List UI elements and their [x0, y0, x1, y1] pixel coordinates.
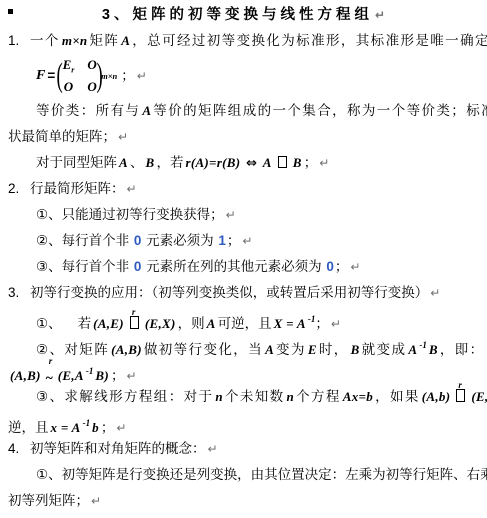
box-glyph	[130, 316, 139, 329]
text-segment: 、	[130, 155, 144, 170]
paragraph-mark: ↵	[135, 63, 147, 89]
math-segment: x = A	[49, 420, 83, 435]
text-segment: 状最简单的矩阵；	[8, 129, 116, 144]
list-number: 3.	[8, 280, 30, 306]
text-line: 逆，且x = A-1b；↵	[0, 410, 487, 436]
math-segment: b	[90, 420, 101, 435]
text-segment: 对于同型矩阵	[36, 155, 117, 170]
text-segment: 就变成	[362, 342, 407, 357]
matrix-entry: O	[87, 57, 96, 79]
iff-symbol: ⇔	[246, 156, 257, 171]
highlight-digit: 0	[133, 259, 143, 274]
text-segment: 初等列矩阵；	[8, 493, 89, 508]
math-segment: Ax=b	[341, 389, 375, 404]
math-segment: B	[349, 342, 362, 357]
formula-tail: ；	[117, 63, 135, 89]
row-equivalence-box-symbol: r	[456, 390, 465, 403]
text-segment: 若	[78, 316, 92, 331]
paragraph-mark: ↵	[348, 260, 360, 274]
text-line: 3.初等行变换的应用：（初等列变换类似，或转置后采用初等行变换）↵	[0, 280, 487, 306]
text-segment: ；	[304, 155, 318, 170]
text-line: 状最简单的矩阵；↵	[0, 124, 487, 150]
text-line: 初等列矩阵；↵	[0, 488, 487, 514]
open-paren: (	[57, 58, 63, 94]
text-line: 2.行最简形矩阵：↵	[0, 176, 487, 202]
paragraph-mark: ↵	[125, 369, 137, 383]
text-segment: 做初等行变化，当	[144, 342, 263, 357]
matrix-entry: O	[63, 79, 75, 95]
math-segment: A	[140, 103, 153, 118]
math-segment: n	[285, 389, 297, 404]
matrix: ErOOO	[63, 57, 97, 95]
text-segment: 等价的矩阵组成的一个集合，称为一个等价类；标准形为其形	[153, 103, 487, 118]
math-segment: A	[263, 342, 276, 357]
math-segment: E	[306, 342, 319, 357]
math-segment: A	[261, 155, 274, 170]
text-segment: ，总可经过初等变换化为标准形，其标准形是唯一确定的：	[132, 33, 487, 48]
paragraph-mark: ↵	[317, 156, 329, 170]
equivalence-box-symbol	[278, 156, 287, 168]
math-segment: B	[291, 155, 304, 170]
paragraph-mark: ↵	[428, 286, 440, 300]
text-segment: 逆，且	[8, 420, 49, 435]
matrix-entry-subscript: r	[71, 66, 74, 75]
math-segment: (E,x)	[469, 389, 487, 404]
matrix-size-subscript: m×n	[101, 63, 117, 89]
math-segment: A	[406, 342, 419, 357]
text-segment: 个方程	[296, 389, 341, 404]
text-segment: 元素必须为	[142, 233, 217, 248]
paragraph-mark: ↵	[373, 8, 385, 22]
math-segment: r(A)=r(B)	[183, 155, 242, 170]
text-segment: ①、	[36, 316, 62, 331]
math-segment: B	[427, 342, 440, 357]
text-segment: 元素所在列的其他元素必须为	[142, 259, 325, 274]
highlight-digit: 0	[325, 259, 335, 274]
paragraph-mark: ↵	[206, 442, 218, 456]
text-segment: 3、矩阵的初等变换与线性方程组	[102, 7, 373, 23]
text-segment: 初等行变换的应用：（初等列变换类似，或转置后采用初等行变换）	[30, 285, 428, 300]
superscript-r: r	[49, 357, 53, 366]
text-segment: 可逆，且	[218, 316, 272, 331]
math-segment: B)	[93, 368, 111, 383]
text-line: 对于同型矩阵A、B，若r(A)=r(B) ⇔ AB；↵	[0, 150, 487, 176]
text-segment: ；	[227, 233, 241, 248]
math-segment: (A,B)	[8, 368, 43, 383]
paragraph-mark: ↵	[114, 421, 126, 435]
text-line: 1.一个m×n矩阵A，总可经过初等变换化为标准形，其标准形是唯一确定的：	[0, 28, 487, 54]
math-segment: (A,B)	[109, 342, 144, 357]
text-segment: 一个	[30, 33, 60, 48]
math-segment: (E,X)	[143, 316, 178, 331]
list-number: 4.	[8, 436, 30, 462]
paragraph-mark: ↵	[224, 208, 236, 222]
document-page: 3、矩阵的初等变换与线性方程组↵1.一个m×n矩阵A，总可经过初等变换化为标准形…	[0, 0, 487, 518]
text-segment: 初等矩阵和对角矩阵的概念：	[30, 441, 206, 456]
math-segment: A	[205, 316, 218, 331]
text-segment: ；	[111, 368, 125, 383]
highlight-digit: 0	[133, 233, 143, 248]
text-segment: ，则	[178, 316, 205, 331]
math-segment: n	[213, 389, 225, 404]
page-title: 3、矩阵的初等变换与线性方程组↵	[0, 0, 487, 28]
text-segment: 行最简形矩阵：	[30, 181, 125, 196]
box-glyph	[456, 389, 465, 402]
paragraph-mark: ↵	[125, 182, 137, 196]
matrix-entry: O	[87, 79, 96, 95]
text-segment: ②、对矩阵	[36, 342, 109, 357]
text-segment: 时，	[319, 342, 349, 357]
text-line: ③、求解线形方程组：对于n个未知数n个方程Ax=b，如果(A,b)r(E,x)，…	[0, 384, 487, 410]
highlight-digit: 1	[217, 233, 227, 248]
paragraph-mark: ↵	[329, 317, 341, 331]
text-line: ①、若(A,E)r(E,X)，则A可逆，且X = A-1；↵	[0, 306, 487, 332]
paragraph-mark: ↵	[89, 494, 101, 508]
paragraph-mark: ↵	[116, 130, 128, 144]
list-number: 2.	[8, 176, 30, 202]
text-segment: 等价类：所有与	[36, 103, 140, 118]
text-segment: ③、求解线形方程组：对于	[36, 389, 213, 404]
math-symbol: F	[36, 63, 47, 89]
math-segment: (A,b)	[420, 389, 453, 404]
math-segment: B	[143, 155, 156, 170]
math-segment: A	[119, 33, 132, 48]
text-line: ③、每行首个非 0 元素所在列的其他元素必须为 0；↵	[0, 254, 487, 280]
text-segment: ，即：	[440, 342, 485, 357]
text-line: ①、只能通过初等行变换获得；↵	[0, 202, 487, 228]
text-segment: ①、只能通过初等行变换获得；	[36, 207, 224, 222]
superscript-exponent: -1	[83, 418, 91, 428]
text-segment: ；	[101, 420, 115, 435]
text-line: ②、每行首个非 0 元素必须为 1；↵	[0, 228, 487, 254]
text-segment: 矩阵	[89, 33, 119, 48]
text-line: 4.初等矩阵和对角矩阵的概念：↵	[0, 436, 487, 462]
list-number: 1.	[8, 28, 30, 54]
text-line: ①、初等矩阵是行变换还是列变换，由其位置决定：左乘为初等行矩阵、右乘为	[0, 462, 487, 488]
text-segment: ③、每行首个非	[36, 259, 133, 274]
text-segment: 变为	[276, 342, 306, 357]
math-segment: X = A	[272, 316, 308, 331]
row-equivalence-tilde-symbol: ~r	[46, 365, 53, 391]
row-equivalence-box-symbol: r	[130, 317, 139, 330]
document-body: 3、矩阵的初等变换与线性方程组↵1.一个m×n矩阵A，总可经过初等变换化为标准形…	[0, 0, 487, 514]
text-segment: 个未知数	[225, 389, 285, 404]
text-line: ②、对矩阵(A,B)做初等行变化，当A变为E时，B就变成A-1B，即：	[0, 332, 487, 358]
math-segment: (E,A	[56, 368, 86, 383]
math-segment: m×n	[60, 33, 90, 48]
math-segment: A	[117, 155, 130, 170]
text-segment: ①、初等矩阵是行变换还是列变换，由其位置决定：左乘为初等行矩阵、右乘为	[36, 467, 487, 482]
text-segment: ②、每行首个非	[36, 233, 133, 248]
text-segment: ；	[315, 316, 329, 331]
text-segment: ，若	[156, 155, 183, 170]
matrix-entry: Er	[63, 57, 75, 79]
text-line: F=(ErOOO)m×n；↵	[0, 54, 487, 98]
paragraph-mark: ↵	[240, 234, 252, 248]
text-line: (A,B)~r(E,A-1B)；↵	[0, 358, 487, 384]
close-paren: )	[96, 58, 102, 94]
text-segment: ，如果	[375, 389, 420, 404]
math-segment: (A,E)	[91, 316, 126, 331]
text-line: 等价类：所有与A等价的矩阵组成的一个集合，称为一个等价类；标准形为其形	[0, 98, 487, 124]
superscript-exponent: -1	[419, 340, 427, 350]
text-segment: ；	[335, 259, 349, 274]
